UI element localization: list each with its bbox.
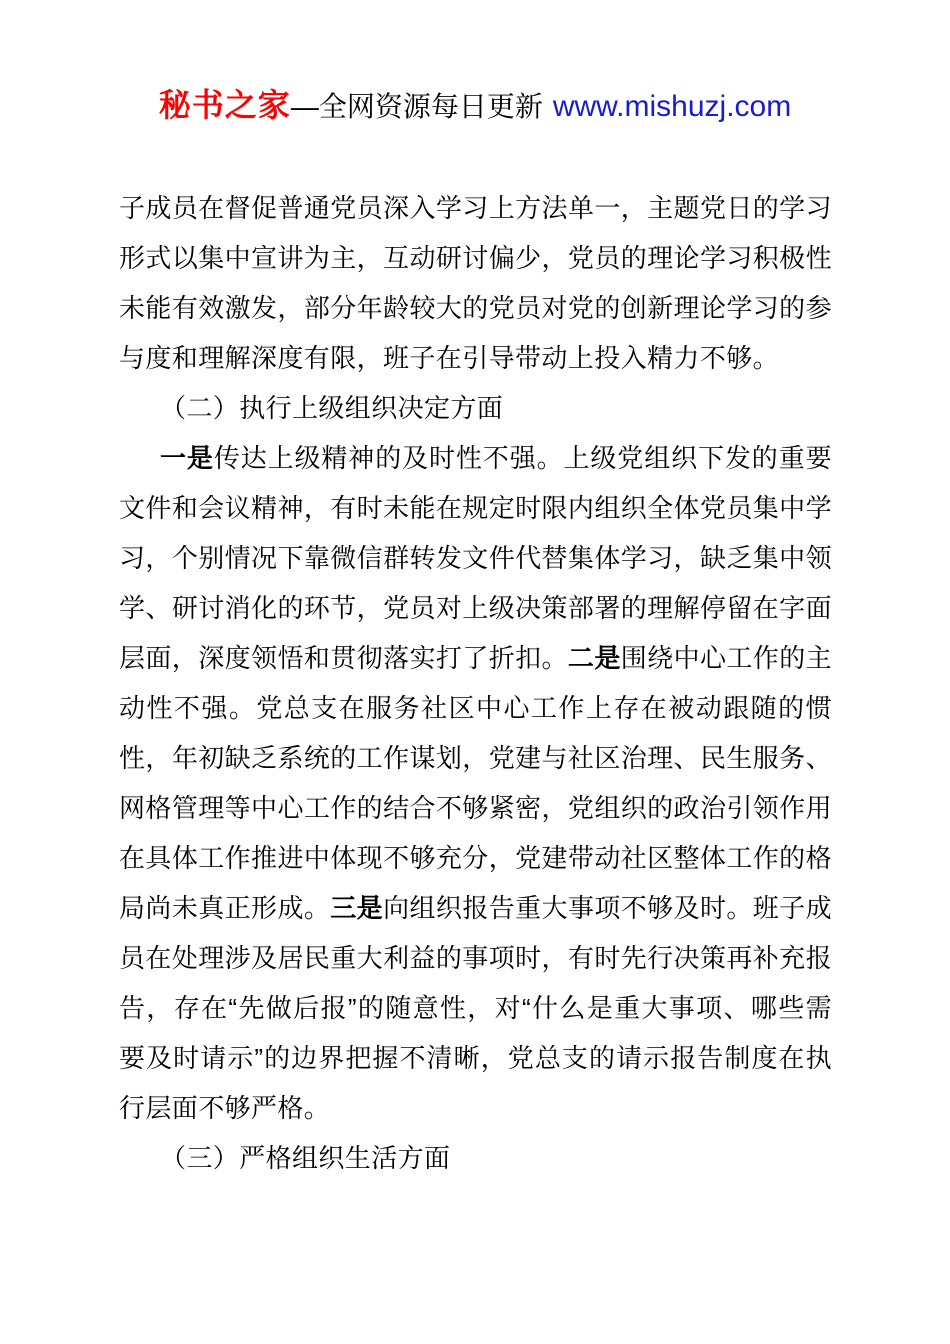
text-run: （二）执行上级组织决定方面 (160, 393, 503, 423)
section-heading-2: （二）执行上级组织决定方面 (119, 383, 832, 433)
text-run: 围绕中心工作的主动性不强。党总支在服务社区中心工作上存在被动跟随的惯性，年初缺乏… (119, 643, 832, 923)
document-body: 子成员在督促普通党员深入学习上方法单一，主题党日的学习形式以集中宣讲为主，互动研… (0, 183, 950, 1183)
document-page: 秘书之家—全网资源每日更新www.mishuzj.com 子成员在督促普通党员深… (0, 0, 950, 1344)
page-header: 秘书之家—全网资源每日更新www.mishuzj.com (0, 0, 950, 133)
bold-text-run: 三是 (330, 893, 383, 923)
section-2-body: 一是传达上级精神的及时性不强。上级党组织下发的重要文件和会议精神，有时未能在规定… (119, 433, 832, 1133)
site-brand: 秘书之家 (159, 87, 291, 123)
text-run: 向组织报告重大事项不够及时。班子成员在处理涉及居民重大利益的事项时，有时先行决策… (119, 893, 832, 1123)
text-run: 子成员在督促普通党员深入学习上方法单一，主题党日的学习形式以集中宣讲为主，互动研… (119, 193, 832, 373)
text-run: （三）严格组织生活方面 (160, 1143, 450, 1173)
site-url-link[interactable]: www.mishuzj.com (553, 90, 791, 123)
continuation-paragraph: 子成员在督促普通党员深入学习上方法单一，主题党日的学习形式以集中宣讲为主，互动研… (119, 183, 832, 383)
site-tagline: —全网资源每日更新 (291, 91, 543, 122)
text-run: 传达上级精神的及时性不强。上级党组织下发的重要文件和会议精神，有时未能在规定时限… (119, 443, 832, 673)
bold-text-run: 一是 (160, 443, 214, 473)
bold-text-run: 二是 (568, 643, 621, 673)
section-heading-3: （三）严格组织生活方面 (119, 1133, 832, 1183)
